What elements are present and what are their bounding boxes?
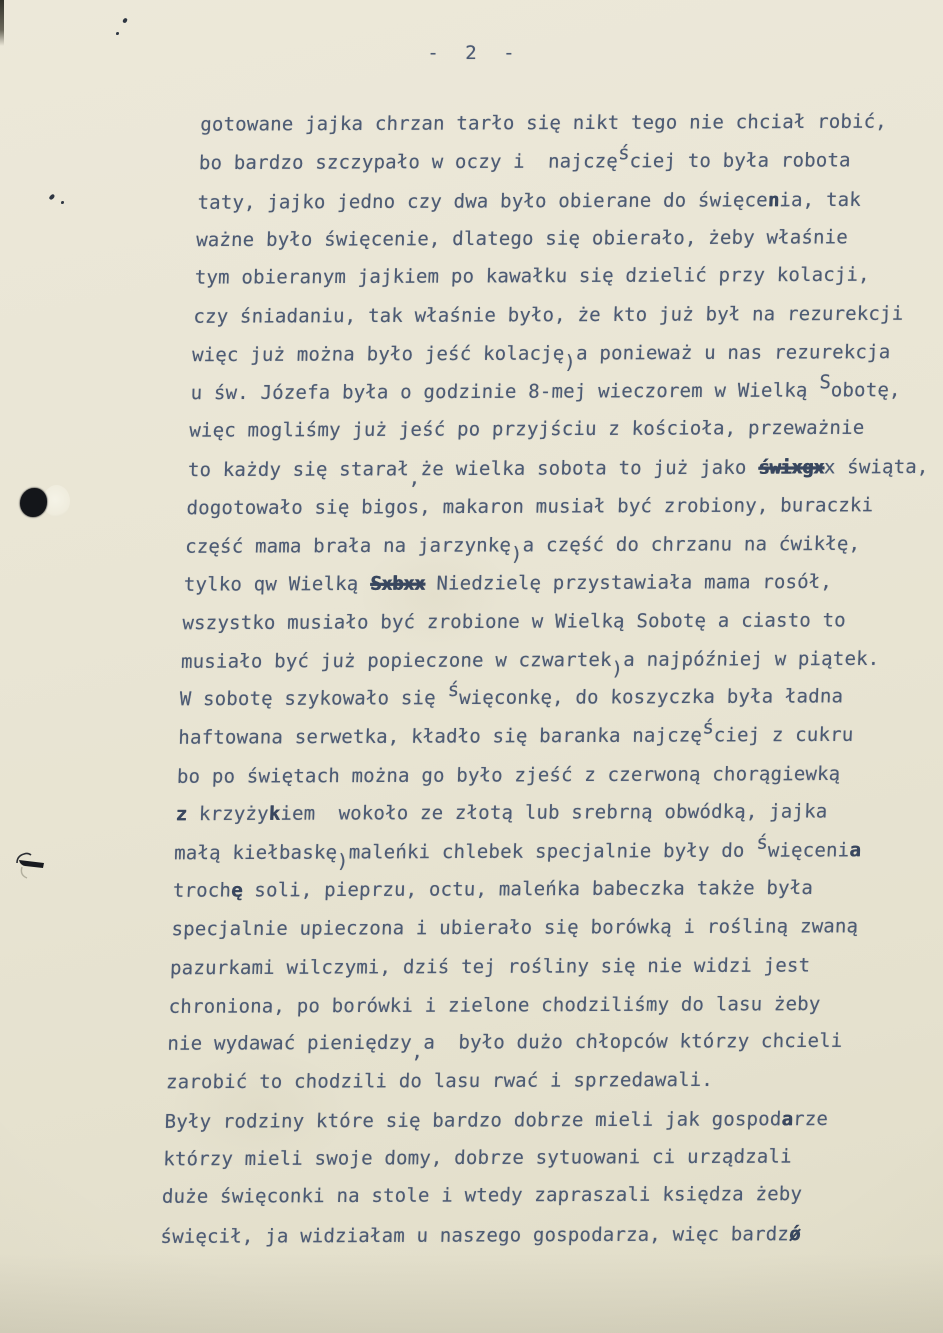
text-line: taty, jajko jedno czy dwa było obierane … [197, 180, 943, 222]
text-segment: to każdy się starał [188, 458, 410, 481]
paper-speck [122, 17, 127, 23]
text-line: dogotowało się bigos, makaron musiał być… [186, 486, 943, 528]
text-segment: soli, pieprzu, octu, maleńka babeczka ta… [242, 877, 813, 901]
text-block: gotowane jajka chrzan tarło się nikt teg… [0, 103, 943, 1256]
text-segment: ia, tak [779, 188, 861, 210]
text-segment: więc już można było jeść kolację [192, 342, 565, 366]
text-segment: ) [611, 658, 623, 680]
text-segment: święcił, ja widziałam u naszego gospodar… [160, 1223, 789, 1248]
text-line: część mama brała na jarzynkę)a część do … [185, 525, 943, 567]
text-segment: czy śniadaniu, tak właśnie było, że kto … [193, 303, 904, 328]
text-segment: ś [702, 716, 714, 738]
text-line: haftowana serwetka, kładło się baranka n… [178, 715, 943, 757]
text-segment: chroniona, po borówki i zielone chodzili… [168, 993, 821, 1018]
text-segment: świxgx [758, 456, 824, 478]
text-segment: x świąta, [824, 456, 930, 478]
text-line: musiało być już popieczone w czwartek)a … [180, 639, 943, 681]
text-segment: ę [231, 879, 243, 901]
text-line: z krzyżykiem wokoło ze złotą lub srebrną… [175, 792, 943, 834]
text-segment: a [849, 839, 861, 861]
text-segment: , [411, 1041, 423, 1063]
text-segment: dogotowało się bigos, makaron musiał być… [186, 494, 873, 519]
text-segment: obotę, [830, 379, 901, 401]
text-segment: nie wydawać pieniędzy [167, 1032, 412, 1055]
text-segment: S [819, 371, 831, 393]
text-segment: krzyży [187, 803, 269, 825]
text-segment: że wielka sobota to już jako [420, 456, 758, 479]
text-segment: k [268, 803, 280, 825]
text-line: małą kiełbaskę)maleńki chlebek specjalni… [174, 830, 943, 872]
text-line: duże święconki na stole i wtedy zaprasza… [161, 1175, 943, 1217]
text-line: ważne było święcenie, dlatego się obiera… [196, 218, 943, 260]
page-number: - 2 - [0, 41, 943, 65]
text-segment: tym obieranym jajkiem po kawałku się dzi… [194, 264, 870, 289]
text-line: chroniona, po borówki i zielone chodzili… [168, 984, 943, 1026]
text-segment: duże święconki na stole i wtedy zaprasza… [162, 1183, 803, 1208]
text-segment: rze [793, 1108, 829, 1130]
text-segment: ) [337, 850, 349, 872]
text-segment: ś [447, 679, 459, 701]
text-line: W sobotę szykowało się święconkę, do kos… [179, 677, 943, 719]
text-segment: więconkę, do koszyczka była ładna [459, 686, 844, 710]
text-segment: iem wokoło ze złotą lub srebrną obwódką,… [280, 801, 828, 825]
text-line: specjalnie upieczona i ubierało się boró… [171, 907, 943, 949]
text-segment: ) [564, 351, 576, 373]
text-segment: z [175, 804, 187, 826]
text-segment: ) [510, 544, 522, 566]
text-segment: tylko qw Wielką [183, 572, 370, 595]
text-line: święcił, ja widziałam u naszego gospodar… [160, 1214, 943, 1256]
text-segment: którzy mieli swoje domy, dobrze sytuowan… [163, 1146, 792, 1171]
text-segment: więc mogliśmy już jeść po przyjściu z ko… [189, 417, 865, 442]
text-segment: , [408, 467, 420, 489]
text-segment: Niedzielę przystawiała mama rosół, [424, 570, 832, 594]
text-segment: a najpóźniej w piątek. [623, 648, 880, 671]
text-segment: u św. Józefa była o godzinie 8-mej wiecz… [190, 380, 819, 405]
text-segment: a [781, 1108, 793, 1130]
text-segment: zarobić to chodzili do lasu rwać i sprze… [166, 1069, 714, 1093]
document-page: - 2 - gotowane jajka chrzan tarło się ni… [0, 0, 943, 1333]
text-segment: pazurkami wilczymi, dziś tej rośliny się… [170, 954, 811, 979]
text-segment: a część do chrzanu na ćwikłę, [522, 533, 860, 556]
text-line: którzy mieli swoje domy, dobrze sytuowan… [163, 1137, 943, 1179]
text-line: gotowane jajka chrzan tarło się nikt teg… [200, 102, 943, 144]
text-segment: a ponieważ u nas rezurekcja [576, 341, 891, 364]
text-segment: W sobotę szykowało się [179, 688, 447, 711]
text-line: tylko qw Wielką Sxbxx Niedzielę przystaw… [183, 562, 943, 604]
text-segment: wszystko musiało być zrobione w Wielką S… [182, 609, 846, 634]
text-segment: więceni [767, 839, 849, 861]
text-line: więc już można było jeść kolację)a ponie… [191, 332, 943, 374]
text-segment: bo bardzo szczypało w oczy i najczę [199, 151, 619, 175]
text-segment: ś [618, 143, 630, 165]
text-line: trochę soli, pieprzu, octu, maleńka babe… [172, 868, 943, 910]
text-segment: haftowana serwetka, kładło się baranka n… [178, 724, 703, 748]
text-line: bo bardzo szczypało w oczy i najczęściej… [198, 141, 943, 183]
text-segment: n [767, 189, 779, 211]
text-segment: część mama brała na jarzynkę [185, 535, 512, 558]
text-segment: ciej z cukru [713, 724, 853, 747]
text-segment: maleńki chlebek specjalnie były do [348, 839, 756, 863]
text-segment: gotowane jajka chrzan tarło się nikt teg… [200, 111, 887, 136]
text-segment: bo po świętach można go było zjeść z cze… [177, 763, 841, 788]
text-line: nie wydawać pieniędzy,a było dużo chłopc… [167, 1021, 943, 1063]
text-segment: troch [173, 879, 232, 901]
text-line: wszystko musiało być zrobione w Wielką S… [182, 601, 943, 643]
text-segment: Sxbxx [370, 572, 425, 594]
text-segment: ciej to była robota [629, 150, 851, 173]
text-line: czy śniadaniu, tak właśnie było, że kto … [193, 295, 943, 337]
text-segment: ǿ [789, 1223, 801, 1245]
text-segment: ś [756, 831, 768, 853]
text-segment: taty, jajko jedno czy dwa było obierane … [197, 189, 768, 213]
text-line: pazurkami wilczymi, dziś tej rośliny się… [169, 945, 943, 987]
paper-speck [116, 32, 119, 35]
text-segment: ważne było święcenie, dlatego się obiera… [196, 226, 849, 251]
text-line: u św. Józefa była o godzinie 8-mej wiecz… [190, 371, 943, 413]
text-segment: małą kiełbaskę [174, 841, 338, 864]
text-line: bo po świętach można go było zjeść z cze… [176, 754, 943, 796]
text-segment: specjalnie upieczona i ubierało się boró… [171, 915, 858, 940]
text-line: zarobić to chodzili do lasu rwać i sprze… [165, 1060, 943, 1102]
text-segment: a było dużo chłopców którzy chcieli [423, 1030, 843, 1054]
text-segment: musiało być już popieczone w czwartek [181, 649, 612, 673]
text-segment: Były rodziny które się bardzo dobrze mie… [164, 1108, 782, 1133]
scan-edge-artifact [0, 0, 4, 46]
text-line: więc mogliśmy już jeść po przyjściu z ko… [189, 409, 943, 451]
text-line: tym obieranym jajkiem po kawałku się dzi… [194, 255, 943, 297]
text-line: Były rodziny które się bardzo dobrze mie… [164, 1099, 943, 1141]
text-line: to każdy się starał,że wielka sobota to … [187, 447, 943, 489]
